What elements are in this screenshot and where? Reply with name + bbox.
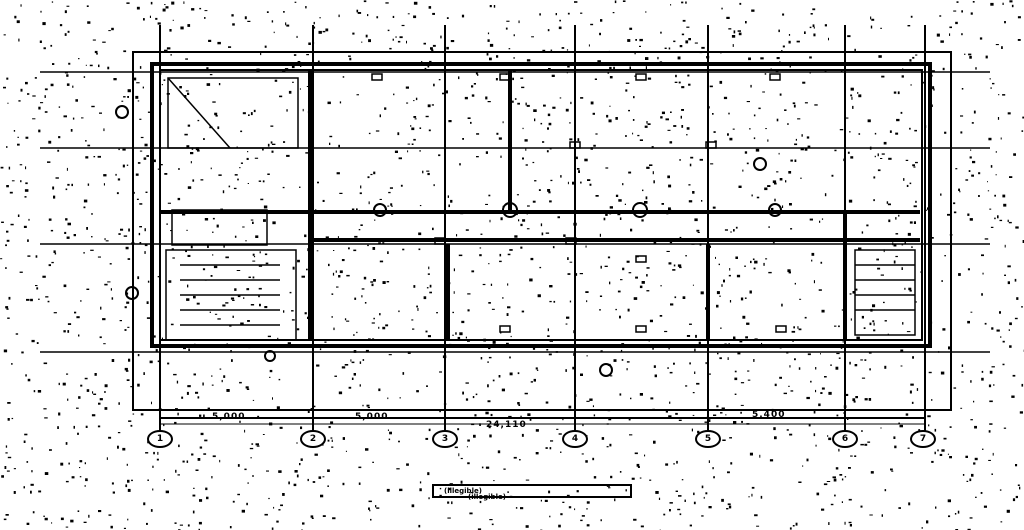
grid-axis-marker: 2 bbox=[300, 430, 326, 448]
title-block: (illegible) bbox=[432, 484, 632, 498]
floor-plan-drawing bbox=[0, 0, 1024, 530]
grid-axis-marker: 6 bbox=[832, 430, 858, 448]
scale-note: (illegible) bbox=[468, 493, 506, 501]
dimension-label: 5,000 bbox=[355, 412, 388, 422]
grid-axis-marker: 3 bbox=[432, 430, 458, 448]
overall-dimension-label: 24,110 bbox=[486, 420, 527, 430]
grid-axis-marker: 1 bbox=[147, 430, 173, 448]
grid-axis-marker: 7 bbox=[910, 430, 936, 448]
dimension-label: 5,000 bbox=[212, 412, 245, 422]
grid-axis-marker: 5 bbox=[695, 430, 721, 448]
grid-axis-marker: 4 bbox=[562, 430, 588, 448]
dimension-label: 5,400 bbox=[752, 410, 785, 420]
